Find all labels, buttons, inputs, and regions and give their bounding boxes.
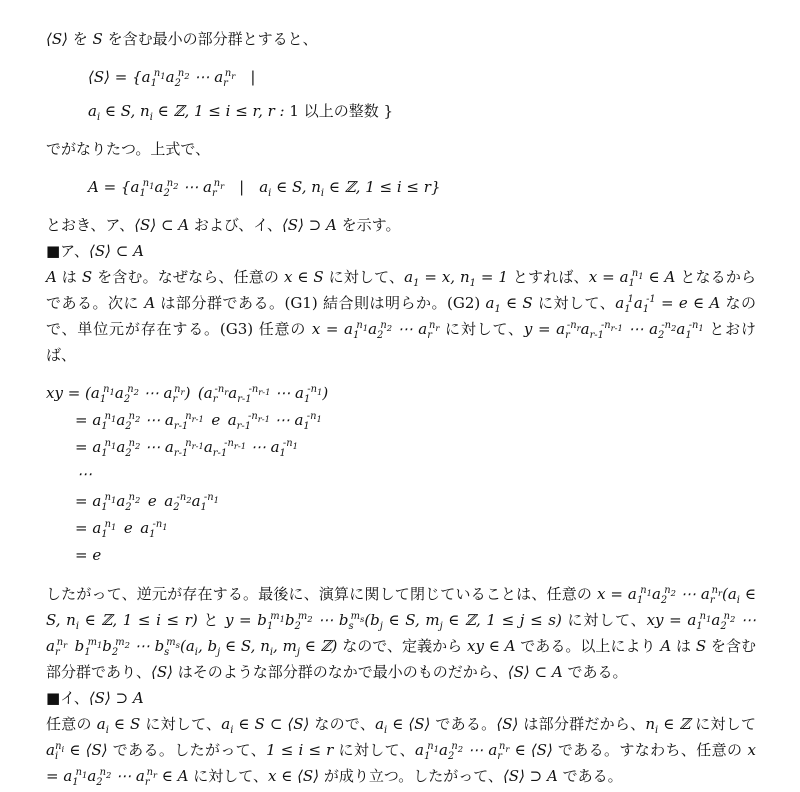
closure-paragraph: したがって、逆元が存在する。最後に、演算に関して閉じていることは、任意の x =… [46,581,756,685]
part-a-paragraph: A は S を含む。なぜなら、任意の x ∈ S に対して、a1 = x, n1… [46,264,756,368]
holds-line: でがなりたつ。上式で、 [46,136,756,162]
generated-subgroup-definition: ⟨S⟩ = {a1n1a2n2 ⋯ arnr | [88,62,756,92]
xy-step-3: = a1n1a2n2 e a2-n2a1-n1 [46,488,756,515]
set-a-definition: A = {a1n1a2n2 ⋯ arnr | ai ∈ S, ni ∈ ℤ, 1… [88,172,756,202]
xy-step-2: = a1n1a2n2 ⋯ ar-1nr-1ar-1-nr-1 ⋯ a1-n1 [46,434,756,461]
goal-line: とおき、ア、⟨S⟩ ⊂ A および、イ、⟨S⟩ ⊃ A を示す。 [46,212,756,238]
xy-step-1: = a1n1a2n2 ⋯ ar-1nr-1 e ar-1-nr-1 ⋯ a1-n… [46,407,756,434]
xy-step-4: = a1n1 e a1-n1 [46,515,756,542]
part-a-heading: ■ア、⟨S⟩ ⊂ A [46,238,756,264]
intro-line: ⟨S⟩ を S を含む最小の部分群とすると、 [46,26,756,52]
proof-body: ⟨S⟩ を S を含む最小の部分群とすると、⟨S⟩ = {a1n1a2n2 ⋯ … [46,26,756,789]
part-b-heading: ■イ、⟨S⟩ ⊃ A [46,685,756,711]
definition-condition: ai ∈ S, ni ∈ ℤ, 1 ≤ i ≤ r, r : 1 以上の整数 } [88,96,756,126]
part-b-paragraph: 任意の ai ∈ S に対して、ai ∈ S ⊂ ⟨S⟩ なので、ai ∈ ⟨S… [46,711,756,789]
xy-expansion: xy = (a1n1a2n2 ⋯ arnr) (ar-nrar-1-nr-1 ⋯… [46,380,756,407]
xy-ellipsis: ⋯ [46,461,756,488]
document-page: ⟨S⟩ を S を含む最小の部分群とすると、⟨S⟩ = {a1n1a2n2 ⋯ … [0,0,800,792]
xy-result: = e [46,542,756,569]
